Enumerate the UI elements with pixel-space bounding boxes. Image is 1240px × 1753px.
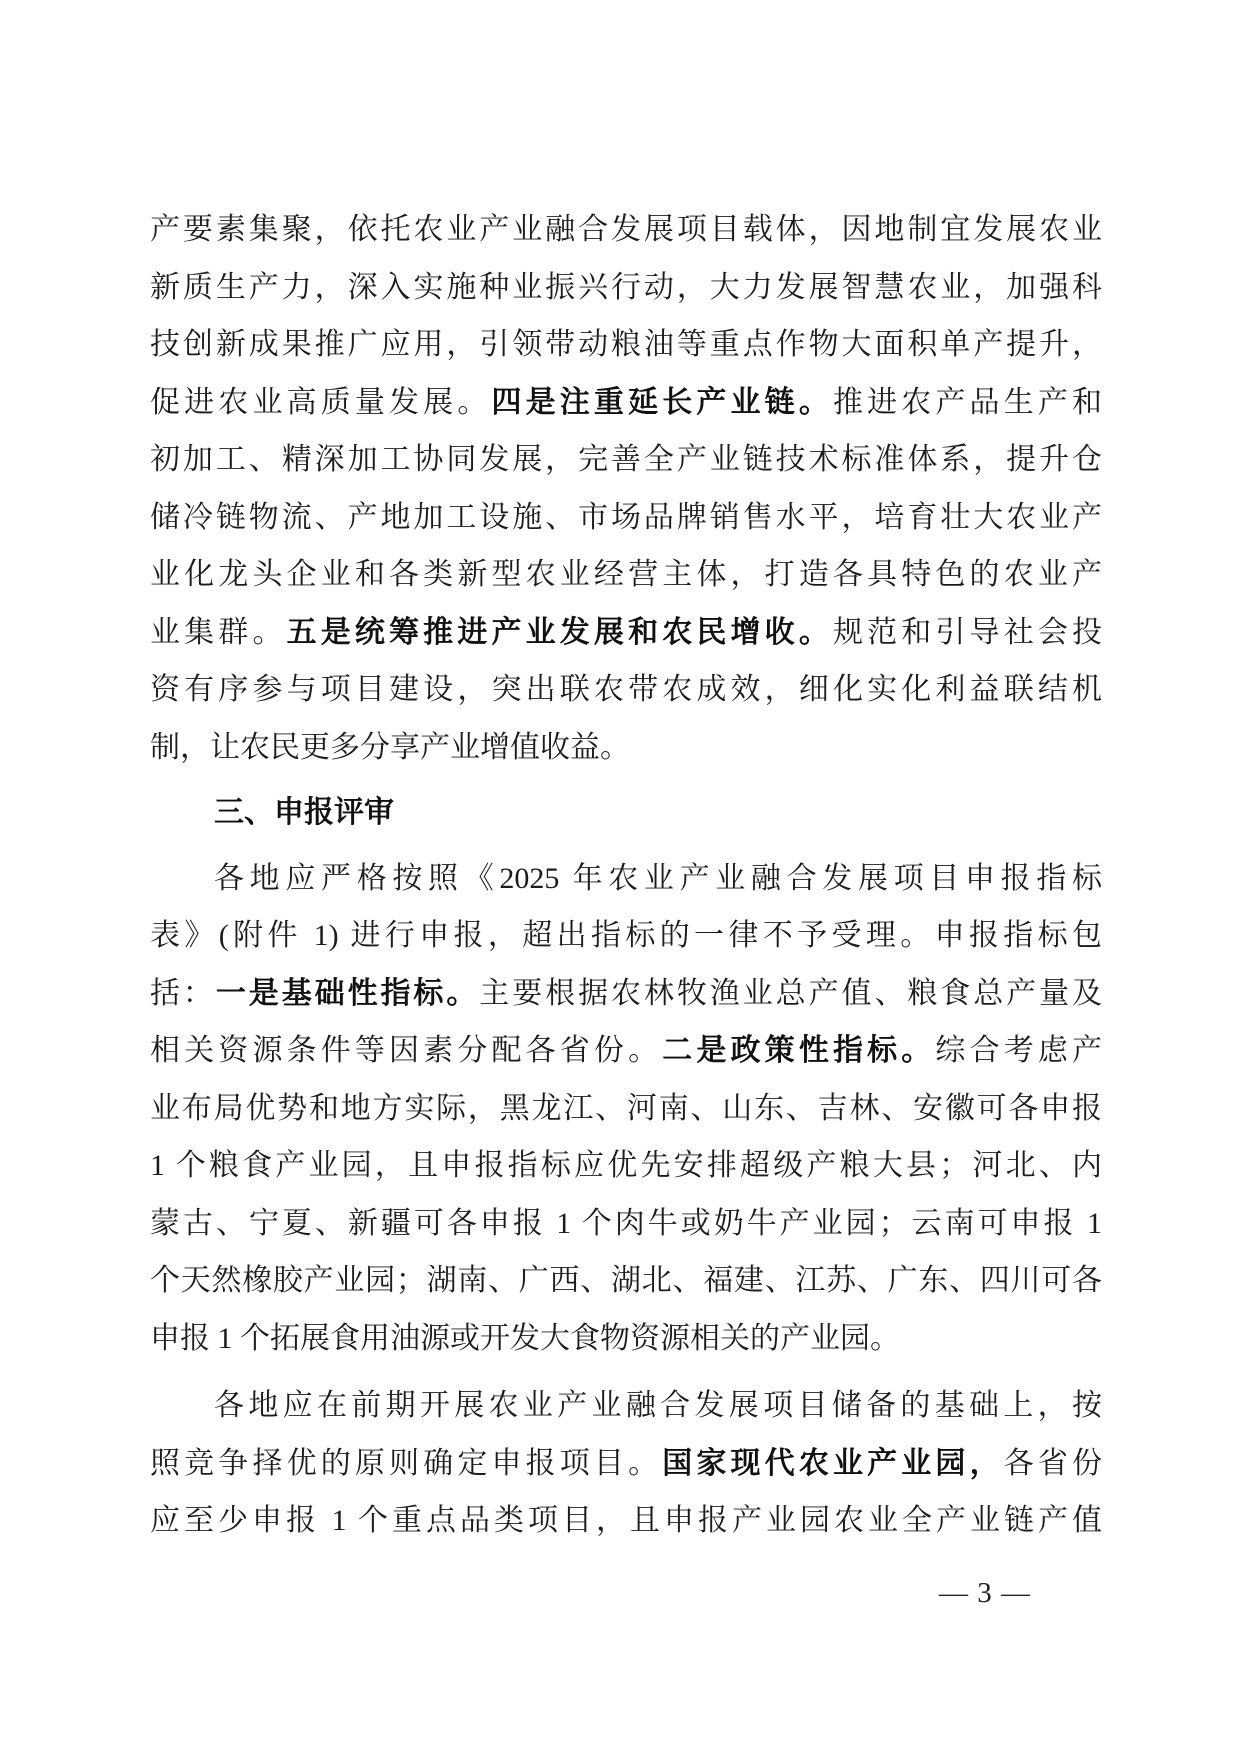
text-line: 各地应在前期开展农业产业融合发展项目储备的基础上，按: [150, 1377, 1102, 1435]
text-line: 表》(附件 1) 进行申报，超出指标的一律不予受理。申报指标包: [150, 907, 1102, 965]
text-line: 业集群。五是统筹推进产业发展和农民增收。规范和引导社会投: [150, 604, 1102, 662]
text-line: 申报 1 个拓展食用油源或开发大食物资源相关的产业园。: [150, 1310, 1102, 1368]
bold-text-run: 一是基础性指标。: [216, 977, 479, 1010]
text-run: 应至少申报 1 个重点品类项目，且申报产业园农业全产业链产值: [150, 1504, 1102, 1537]
text-line: 各地应严格按照《2025 年农业产业融合发展项目申报指标: [150, 850, 1102, 908]
text-line: 制，让农民更多分享产业增值收益。: [150, 719, 1102, 777]
text-run: 各地应严格按照《2025 年农业产业融合发展项目申报指标: [214, 862, 1102, 895]
text-run: 主要根据农林牧渔业总产值、粮食总产量及: [479, 977, 1102, 1010]
text-line: 技创新成果推广应用，引领带动粮油等重点作物大面积单产提升，: [150, 316, 1102, 374]
paragraph-policy-measures-continued: 产要素集聚，依托农业产业融合发展项目载体，因地制宜发展农业新质生产力，深入实施种…: [150, 201, 1102, 776]
text-run: 相关资源条件等因素分配各省份。: [150, 1034, 662, 1067]
text-run: 照竞争择优的原则确定申报项目。: [150, 1447, 662, 1480]
text-run: 1 个粮食产业园，且申报指标应优先安排超级产粮大县；河北、内: [150, 1149, 1102, 1182]
document-body: 产要素集聚，依托农业产业融合发展项目载体，因地制宜发展农业新质生产力，深入实施种…: [150, 201, 1102, 1550]
text-run: 业集群。: [150, 616, 287, 649]
text-run: 综合考虑产: [935, 1034, 1102, 1067]
paragraph-project-selection: 各地应在前期开展农业产业融合发展项目储备的基础上，按照竞争择优的原则确定申报项目…: [150, 1377, 1102, 1550]
text-run: 促进农业高质量发展。: [150, 386, 491, 419]
document-page: 产要素集聚，依托农业产业融合发展项目载体，因地制宜发展农业新质生产力，深入实施种…: [0, 0, 1240, 1753]
text-run: 推进农产品生产和: [833, 386, 1102, 419]
text-run: 资有序参与项目建设，突出联农带农成效，细化实化利益联结机: [150, 673, 1102, 706]
bold-text-run: 国家现代农业产业园，: [662, 1447, 1003, 1480]
text-run: 个天然橡胶产业园；湖南、广西、湖北、福建、江苏、广东、四川可各: [150, 1264, 1102, 1297]
text-run: 括：: [150, 977, 216, 1010]
text-line: 蒙古、宁夏、新疆可各申报 1 个肉牛或奶牛产业园；云南可申报 1: [150, 1195, 1102, 1253]
text-run: 规范和引导社会投: [833, 616, 1102, 649]
text-run: 各地应在前期开展农业产业融合发展项目储备的基础上，按: [214, 1389, 1102, 1422]
text-line: 1 个粮食产业园，且申报指标应优先安排超级产粮大县；河北、内: [150, 1137, 1102, 1195]
text-run: 初加工、精深加工协同发展，完善全产业链技术标准体系，提升仓: [150, 443, 1102, 476]
text-line: 业化龙头企业和各类新型农业经营主体，打造各具特色的农业产: [150, 546, 1102, 604]
text-line: 新质生产力，深入实施种业振兴行动，大力发展智慧农业，加强科: [150, 259, 1102, 317]
page-number: — 3 —: [922, 1576, 1048, 1610]
text-line: 照竞争择优的原则确定申报项目。国家现代农业产业园，各省份: [150, 1435, 1102, 1493]
bold-text-run: 二是政策性指标。: [662, 1034, 935, 1067]
text-run: 各省份: [1004, 1447, 1102, 1480]
text-line: 括：一是基础性指标。主要根据农林牧渔业总产值、粮食总产量及: [150, 965, 1102, 1023]
text-line: 个天然橡胶产业园；湖南、广西、湖北、福建、江苏、广东、四川可各: [150, 1252, 1102, 1310]
text-line: 储冷链物流、产地加工设施、市场品牌销售水平，培育壮大农业产: [150, 489, 1102, 547]
text-line: 应至少申报 1 个重点品类项目，且申报产业园农业全产业链产值: [150, 1492, 1102, 1550]
text-run: 新质生产力，深入实施种业振兴行动，大力发展智慧农业，加强科: [150, 271, 1102, 304]
text-run: 技创新成果推广应用，引领带动粮油等重点作物大面积单产提升，: [150, 328, 1102, 361]
text-run: 业布局优势和地方实际，黑龙江、河南、山东、吉林、安徽可各申报: [150, 1092, 1102, 1125]
text-line: 资有序参与项目建设，突出联农带农成效，细化实化利益联结机: [150, 661, 1102, 719]
text-line: 初加工、精深加工协同发展，完善全产业链技术标准体系，提升仓: [150, 431, 1102, 489]
bold-text-run: 五是统筹推进产业发展和农民增收。: [287, 616, 833, 649]
text-run: 储冷链物流、产地加工设施、市场品牌销售水平，培育壮大农业产: [150, 501, 1102, 534]
section-heading-application-review: 三、申报评审: [150, 784, 1102, 842]
text-line: 相关资源条件等因素分配各省份。二是政策性指标。综合考虑产: [150, 1022, 1102, 1080]
text-line: 业布局优势和地方实际，黑龙江、河南、山东、吉林、安徽可各申报: [150, 1080, 1102, 1138]
text-run: 制，让农民更多分享产业增值收益。: [150, 731, 630, 764]
bold-text-run: 四是注重延长产业链。: [491, 386, 832, 419]
paragraph-application-indicators: 各地应严格按照《2025 年农业产业融合发展项目申报指标表》(附件 1) 进行申…: [150, 850, 1102, 1368]
text-run: 产要素集聚，依托农业产业融合发展项目载体，因地制宜发展农业: [150, 213, 1102, 246]
text-line: 产要素集聚，依托农业产业融合发展项目载体，因地制宜发展农业: [150, 201, 1102, 259]
text-run: 蒙古、宁夏、新疆可各申报 1 个肉牛或奶牛产业园；云南可申报 1: [150, 1207, 1102, 1240]
text-run: 申报 1 个拓展食用油源或开发大食物资源相关的产业园。: [150, 1322, 900, 1355]
text-run: 业化龙头企业和各类新型农业经营主体，打造各具特色的农业产: [150, 558, 1102, 591]
text-run: 表》(附件 1) 进行申报，超出指标的一律不予受理。申报指标包: [150, 919, 1102, 952]
text-line: 促进农业高质量发展。四是注重延长产业链。推进农产品生产和: [150, 374, 1102, 432]
